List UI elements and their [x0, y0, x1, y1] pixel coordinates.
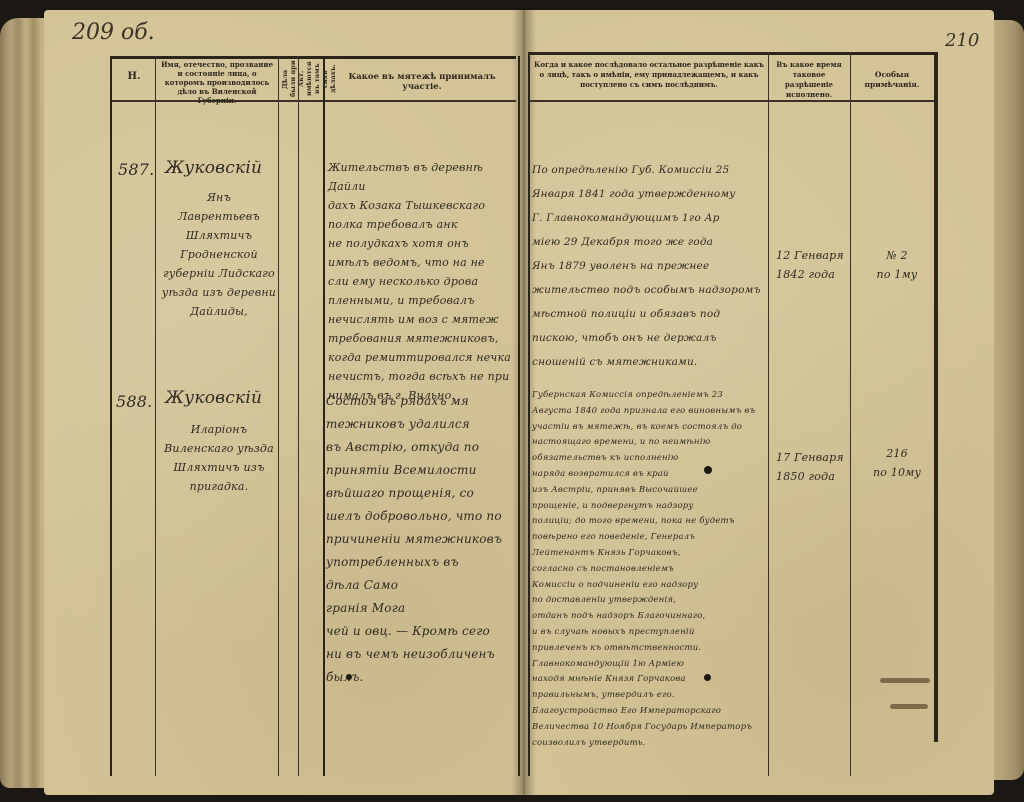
- entry-surname: Жуковскій: [165, 158, 262, 178]
- ink-blot: [346, 674, 352, 680]
- entry-participation: Состоя въ рядахъ мя тежниковъ удалился в…: [326, 390, 518, 689]
- header-executed: Въ какое время таковое разрѣшеніе исполн…: [770, 60, 848, 100]
- header-number: Н.: [114, 72, 154, 82]
- entry-notes: № 2 по 1му: [862, 246, 932, 284]
- entry-executed: 12 Генваря 1842 года: [776, 246, 850, 284]
- entry-resolution: По опредѣленію Губ. Комиссіи 25 Января 1…: [532, 158, 768, 374]
- col-divider-1: [155, 56, 156, 776]
- entry-resolution: Губернская Комиссія опредѣленіемъ 23 Авг…: [532, 388, 768, 751]
- entry-name-details: Янъ Лаврентьевъ Шляхтичъ Гродненской губ…: [160, 188, 278, 321]
- col-divider-6: [850, 52, 851, 776]
- col-divider-4: [323, 56, 325, 776]
- left-border: [110, 56, 112, 776]
- entry-number: 588.: [116, 392, 152, 412]
- folio-left: 209 об.: [72, 20, 155, 45]
- header-case-location: Дѣла были при Акт. имѣются въ тамъ сихъ …: [281, 60, 321, 98]
- left-gutter-rule: [518, 56, 520, 776]
- header-name: Имя, отечество, прозвание и состояніе ли…: [158, 60, 276, 105]
- right-border: [934, 52, 938, 742]
- col-divider-5: [768, 52, 769, 776]
- right-gutter-rule: [528, 52, 530, 776]
- page-smudge: [880, 678, 930, 683]
- header-resolution: Когда и какое послѣдовало остальное разр…: [532, 60, 766, 90]
- page-smudge: [890, 704, 928, 709]
- header-participation: Какое въ мятежѣ принималъ участіе.: [328, 72, 516, 92]
- right-header-bottom-rule: [530, 100, 938, 102]
- entry-participation: Жительствъ въ деревнѣ Дайли дахъ Козака …: [328, 158, 518, 405]
- entry-executed: 17 Генваря 1850 года: [776, 448, 850, 486]
- left-top-rule: [110, 56, 516, 59]
- ink-blot: [704, 466, 712, 474]
- entry-number: 587.: [118, 160, 154, 180]
- col-divider-3: [298, 56, 299, 776]
- entry-notes: 216 по 10му: [862, 444, 932, 482]
- ink-blot: [704, 674, 711, 681]
- right-top-rule: [530, 52, 938, 55]
- entry-surname: Жуковскій: [165, 388, 262, 408]
- col-divider-2: [278, 56, 279, 776]
- folio-right: 210: [945, 30, 979, 51]
- open-ledger: 209 об. 210 Н. Имя, отечество, прозвание…: [0, 0, 1024, 802]
- entry-name-details: Иларіонъ Виленскаго уѣзда Шляхтичъ изъ п…: [160, 420, 278, 496]
- header-notes: Особыя примѣчанія.: [852, 70, 932, 90]
